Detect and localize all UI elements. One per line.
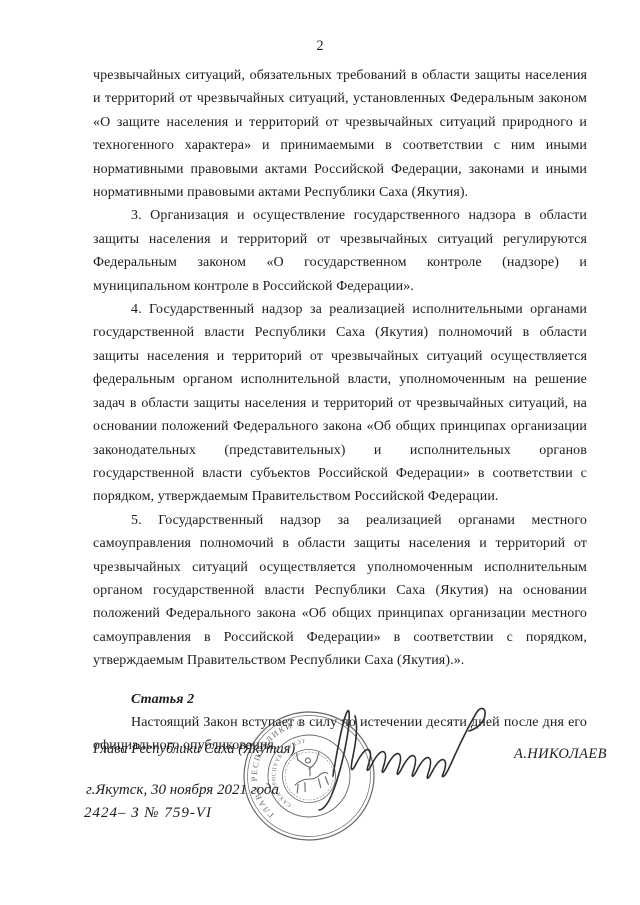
signer-name: А.НИКОЛАЕВ: [514, 746, 607, 763]
document-page: 2 чрезвычайных ситуаций, обязательных тр…: [0, 0, 640, 905]
document-body: чрезвычайных ситуаций, обязательных треб…: [93, 64, 587, 758]
page-number: 2: [0, 38, 640, 55]
paragraph-point-5: 5. Государственный надзор за реализацией…: [93, 509, 587, 673]
paragraph-continuation: чрезвычайных ситуаций, обязательных треб…: [93, 64, 587, 204]
paragraph-point-3: 3. Организация и осуществление государст…: [93, 204, 587, 298]
document-number: 2424– З № 759-VI: [84, 805, 212, 822]
paragraph-point-4: 4. Государственный надзор за реализацией…: [93, 298, 587, 509]
handwritten-signature: [305, 698, 495, 818]
